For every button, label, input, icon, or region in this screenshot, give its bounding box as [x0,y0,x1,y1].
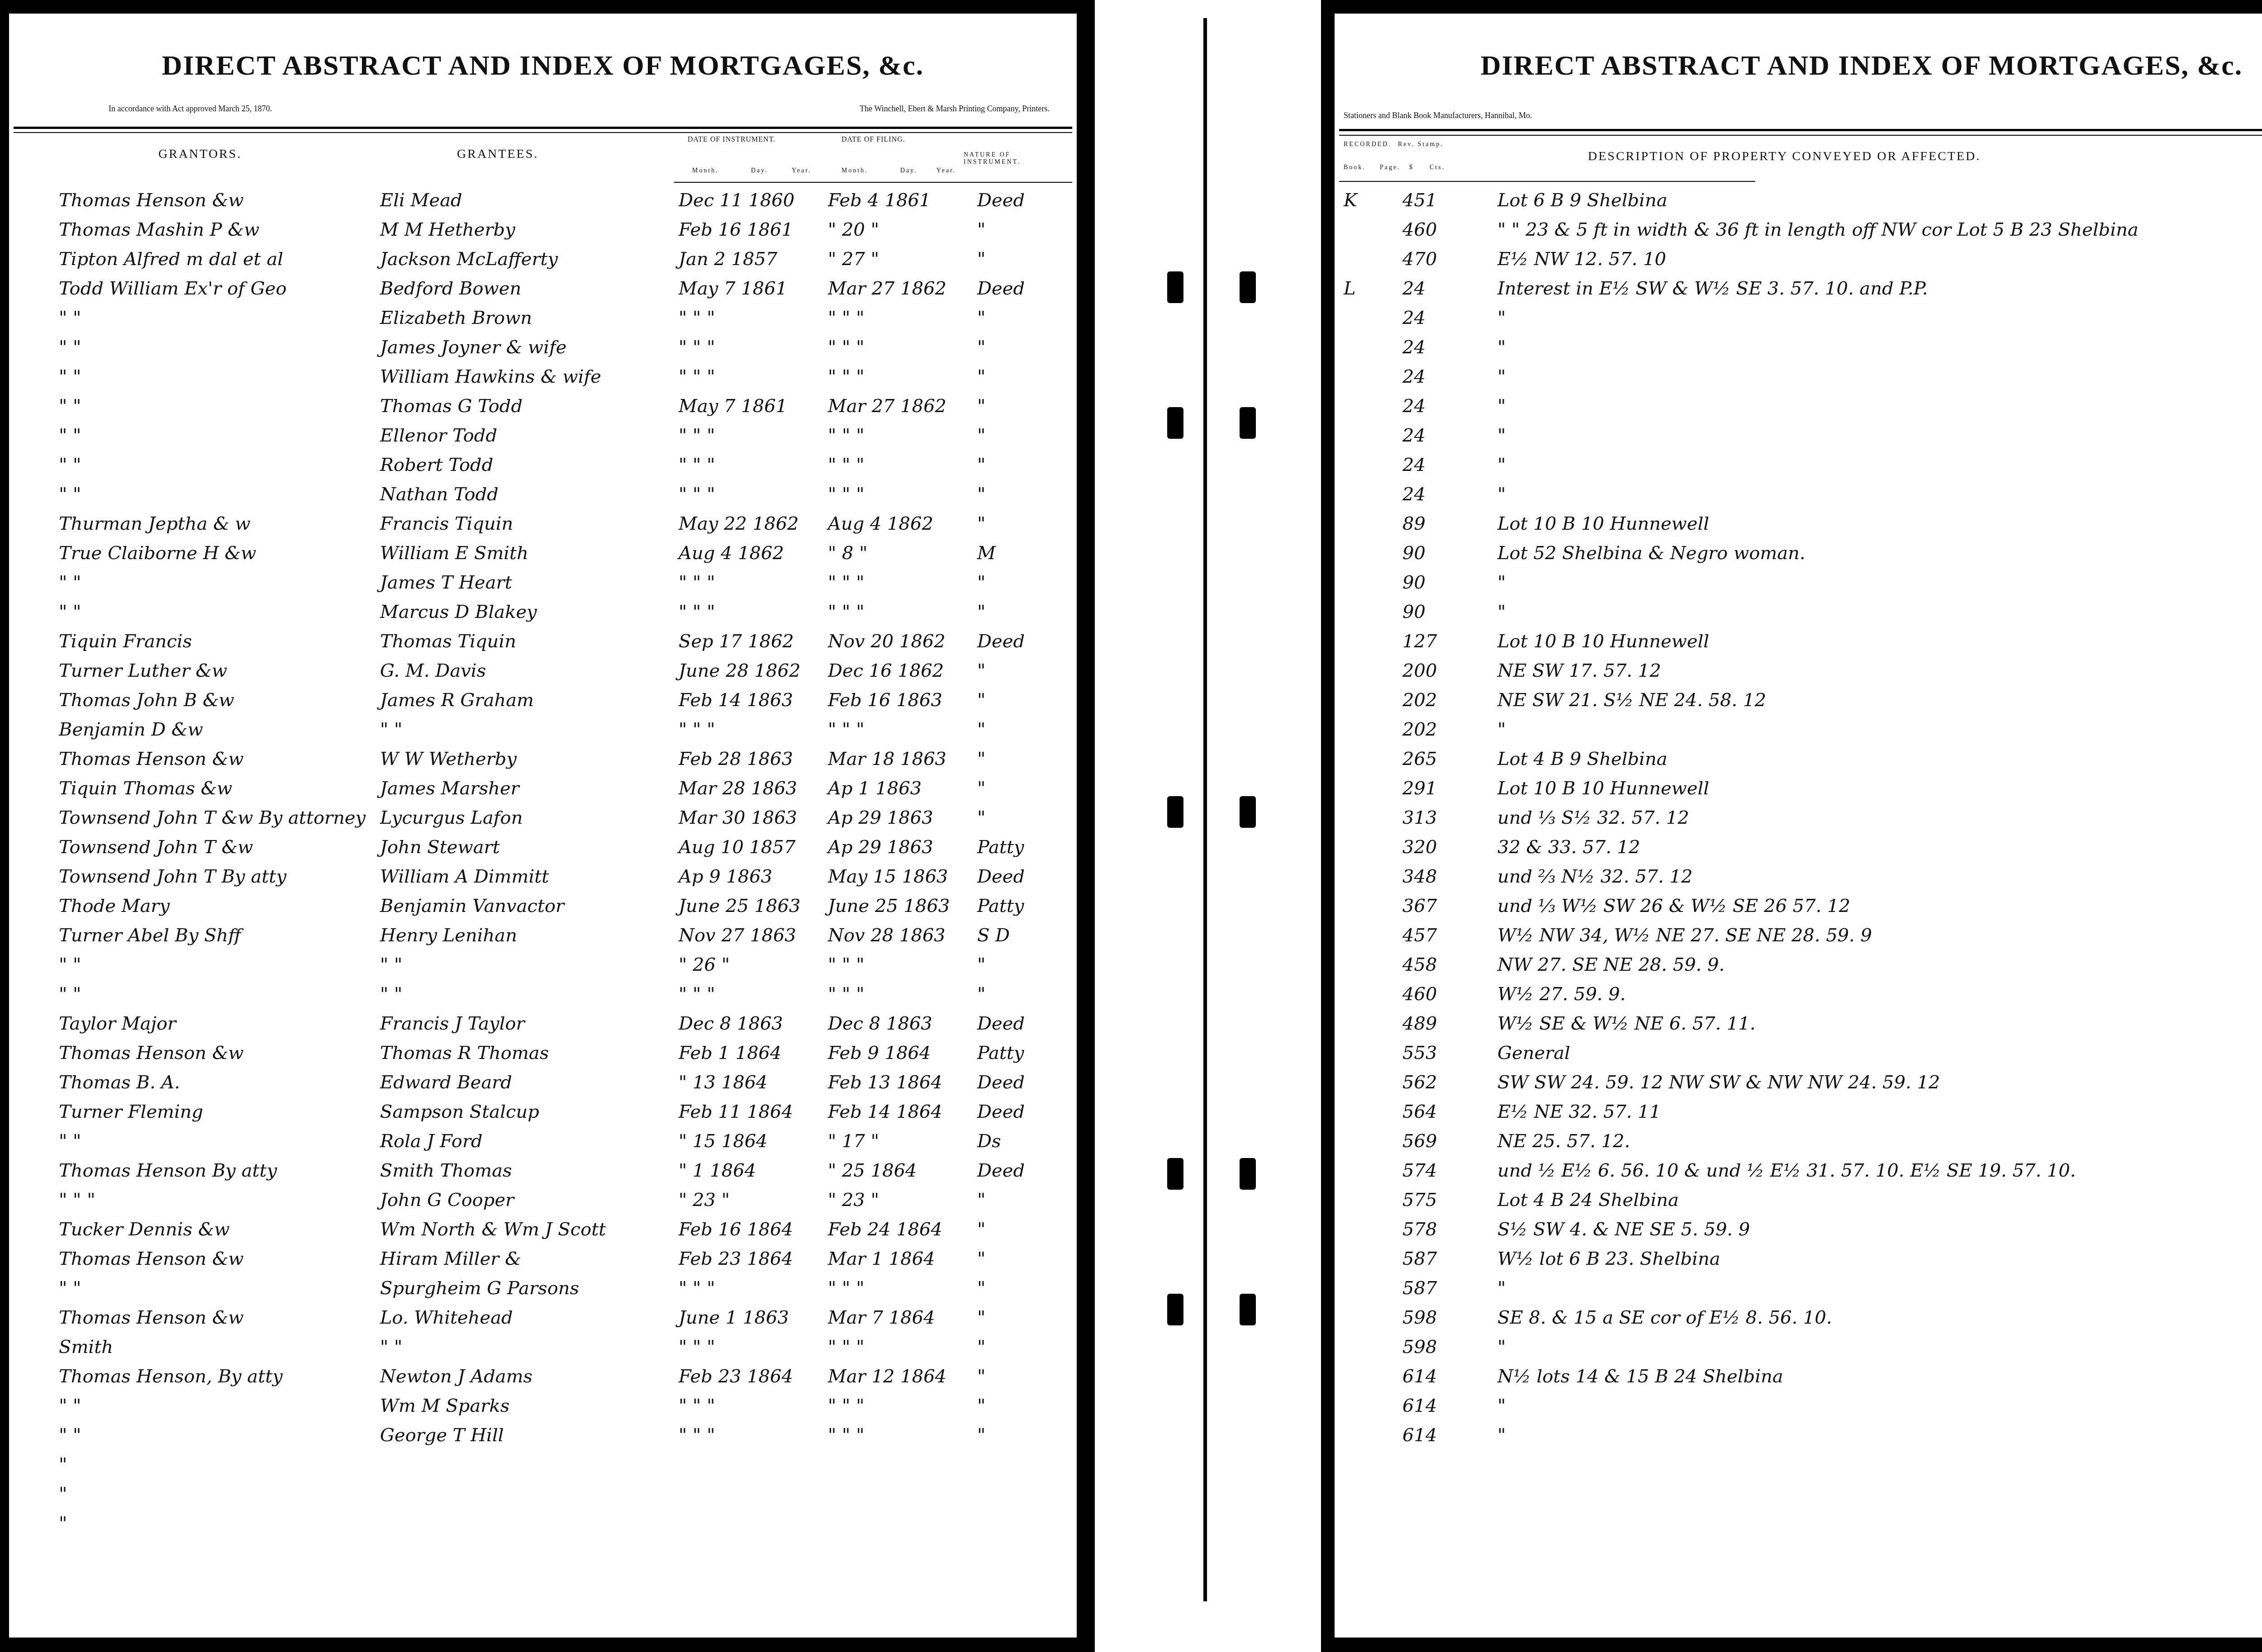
nature-of-instrument: " [977,1366,985,1387]
page-cell: 265 [1402,749,1437,769]
grantee-cell: James Marsher [380,778,670,799]
table-row: 574und ½ E½ 6. 56. 10 & und ½ E½ 31. 57.… [1335,1160,2262,1187]
binding-hole [1240,271,1256,303]
right-ledger-page: DIRECT ABSTRACT AND INDEX OF MORTGAGES, … [1335,14,2262,1638]
instrument-date: May 22 1862 [679,513,828,534]
filing-date: " 25 1864 [828,1160,977,1181]
dates-cell: " " "" " "" [679,1337,1077,1358]
page-cell: 24 [1402,308,1426,328]
page-cell: 562 [1402,1072,1437,1093]
nature-of-instrument: " [977,1337,985,1358]
description-cell: Lot 10 B 10 Hunnewell [1497,631,1709,652]
nature-of-instrument: " [977,308,985,328]
dates-cell: Feb 23 1864Mar 1 1864" [679,1248,1077,1269]
page-cell: 553 [1402,1043,1437,1063]
page-cell: 614 [1402,1366,1437,1387]
table-row: Turner Abel By ShffHenry LenihanNov 27 1… [9,925,1077,952]
description-cell: " " 23 & 5 ft in width & 36 ft in length… [1497,219,2138,240]
day-header: Day. [900,167,917,175]
grantor-cell: Turner Abel By Shff [59,925,362,946]
page-cell: 24 [1402,396,1426,417]
instrument-date: May 7 1861 [679,396,828,417]
filing-date: Nov 20 1862 [828,631,977,652]
filing-date: " 23 " [828,1190,977,1211]
table-row: Thomas B. A.Edward Beard" 13 1864Feb 13 … [9,1072,1077,1099]
dates-cell: May 22 1862Aug 4 1862" [679,513,1077,534]
instrument-date: June 1 1863 [679,1307,828,1328]
book-gutter [1095,0,1321,1652]
description-cell: SE 8. & 15 a SE cor of E½ 8. 56. 10. [1497,1307,1832,1328]
grantor-cell: Townsend John T &w [59,837,362,858]
page-cell: 24 [1402,366,1426,387]
description-cell: E½ NW 12. 57. 10 [1497,249,1666,270]
table-row: 24" [1335,308,2262,335]
grantor-cell: " " [59,572,362,593]
table-row: 90Lot 52 Shelbina & Negro woman. [1335,543,2262,570]
table-row: 24" [1335,425,2262,452]
nature-of-instrument: " [977,366,985,387]
table-row: " "Elizabeth Brown" " "" " "" [9,308,1077,335]
grantor-cell: " " [59,366,362,387]
table-row: " "James T Heart" " "" " "" [9,572,1077,599]
binding-hole [1167,1158,1183,1190]
table-row: " "Marcus D Blakey" " "" " "" [9,602,1077,629]
page-header: Page. [1380,164,1401,171]
grantor-cell: " " [59,984,362,1005]
table-row: Todd William Ex'r of GeoBedford BowenMay… [9,278,1077,305]
description-cell: Lot 52 Shelbina & Negro woman. [1497,543,1806,564]
grantee-cell: Wm M Sparks [380,1396,670,1416]
description-cell: W½ NW 34, W½ NE 27. SE NE 28. 59. 9 [1497,925,1872,946]
table-row: 24" [1335,337,2262,364]
description-cell: W½ 27. 59. 9. [1497,984,1625,1005]
grantor-cell: Tipton Alfred m dal et al [59,249,362,270]
dollars-header: $ [1409,164,1414,171]
cents-header: Cts. [1430,164,1445,171]
grantor-cell: " " [59,1278,362,1299]
instrument-date: Dec 11 1860 [679,190,828,211]
description-cell: und ⅔ N½ 32. 57. 12 [1497,866,1692,887]
nature-of-instrument: Patty [977,1043,1024,1063]
dates-cell: " 13 1864Feb 13 1864Deed [679,1072,1077,1093]
instrument-date: Feb 23 1864 [679,1248,828,1269]
description-cell: SW SW 24. 59. 12 NW SW & NW NW 24. 59. 1… [1497,1072,1940,1093]
page-cell: 569 [1402,1131,1437,1152]
nature-of-instrument: " [977,1248,985,1269]
page-cell: 470 [1402,249,1437,270]
description-cell: " [1497,425,1506,446]
description-cell: Lot 6 B 9 Shelbina [1497,190,1668,211]
nature-of-instrument: " [977,455,985,475]
description-cell: und ½ E½ 6. 56. 10 & und ½ E½ 31. 57. 10… [1497,1160,2076,1181]
grantee-cell: " " [380,984,670,1005]
dates-cell: May 7 1861Mar 27 1862" [679,396,1077,417]
table-row: 24" [1335,455,2262,482]
grantor-cell: " [59,1484,362,1505]
table-row: 367und ⅓ W½ SW 26 & W½ SE 26 57. 12 [1335,896,2262,923]
grantee-cell: Wm North & Wm J Scott [380,1219,670,1240]
table-row: 562SW SW 24. 59. 12 NW SW & NW NW 24. 59… [1335,1072,2262,1099]
filing-date: " 27 " [828,249,977,270]
date-instrument-header: DATE OF INSTRUMENT. [688,136,775,144]
table-row: " "Rola J Ford" 15 1864" 17 "Ds [9,1131,1077,1158]
header-rule [14,132,1072,133]
dates-cell: Dec 11 1860Feb 4 1861Deed [679,190,1077,211]
filing-date: Nov 28 1863 [828,925,977,946]
grantor-cell: Smith [59,1337,362,1358]
grantor-cell: Thurman Jeptha & w [59,513,362,534]
binding-hole [1240,796,1256,828]
table-row: " "Thomas G ToddMay 7 1861Mar 27 1862" [9,396,1077,423]
table-row: 24" [1335,484,2262,511]
dates-cell: " " "" " "" [679,308,1077,328]
binding-hole [1167,1294,1183,1325]
grantee-cell: William A Dimmitt [380,866,670,887]
filing-date: Feb 24 1864 [828,1219,977,1240]
grantee-cell: Bedford Bowen [380,278,670,299]
page-cell: 458 [1402,954,1437,975]
grantor-cell: Turner Luther &w [59,660,362,681]
filing-date: June 25 1863 [828,896,977,916]
dates-cell [679,1484,1077,1505]
table-row: Turner Luther &wG. M. DavisJune 28 1862D… [9,660,1077,688]
dates-cell: Aug 10 1857Ap 29 1863Patty [679,837,1077,858]
grantor-cell: " " [59,1131,362,1152]
instrument-date: " 1 1864 [679,1160,828,1181]
grantee-cell: Jackson McLafferty [380,249,670,270]
nature-of-instrument: " [977,513,985,534]
nature-of-instrument: " [977,807,985,828]
grantor-cell: " " [59,308,362,328]
page-cell: 291 [1402,778,1437,799]
dates-cell: June 25 1863June 25 1863Patty [679,896,1077,916]
page-cell: 598 [1402,1307,1437,1328]
page-cell: 202 [1402,690,1437,711]
instrument-date: " " " [679,1396,828,1416]
grantee-cell: James Joyner & wife [380,337,670,358]
table-row: " [9,1484,1077,1511]
filing-date: " " " [828,1278,977,1299]
grantee-cell: George T Hill [380,1425,670,1446]
grantor-cell: Thomas Henson &w [59,749,362,769]
filing-date: " " " [828,1396,977,1416]
dates-cell: Feb 14 1863Feb 16 1863" [679,690,1077,711]
description-cell: Lot 4 B 9 Shelbina [1497,749,1668,769]
filing-date: Mar 1 1864 [828,1248,977,1269]
instrument-date: " " " [679,455,828,475]
grantee-cell: James T Heart [380,572,670,593]
nature-of-instrument: " [977,337,985,358]
instrument-date: Feb 28 1863 [679,749,828,769]
description-cell: " [1497,1337,1506,1358]
filing-date: " " " [828,425,977,446]
filing-date: Mar 18 1863 [828,749,977,769]
dates-cell: " 15 1864" 17 "Ds [679,1131,1077,1152]
table-row: Thomas Mashin P &wM M HetherbyFeb 16 186… [9,219,1077,247]
instrument-date: Feb 14 1863 [679,690,828,711]
table-row: 90" [1335,572,2262,599]
nature-of-instrument: Deed [977,1013,1025,1034]
grantor-cell: Thomas Henson, By atty [59,1366,362,1387]
page-title: DIRECT ABSTRACT AND INDEX OF MORTGAGES, … [9,50,1077,82]
table-row: 313und ⅓ S½ 32. 57. 12 [1335,807,2262,835]
page-cell: 489 [1402,1013,1437,1034]
table-row: 578S½ SW 4. & NE SE 5. 59. 9 [1335,1219,2262,1246]
table-row: Thomas Henson &wLo. WhiteheadJune 1 1863… [9,1307,1077,1334]
instrument-date: " 15 1864 [679,1131,828,1152]
instrument-date: Ap 9 1863 [679,866,828,887]
grantor-cell: " [59,1454,362,1475]
filing-date: May 15 1863 [828,866,977,887]
description-cell: " [1497,1396,1506,1416]
instrument-date: " " " [679,984,828,1005]
book-header: Book. [1344,164,1366,171]
header-rule [14,127,1072,129]
nature-of-instrument: " [977,984,985,1005]
table-row: 265Lot 4 B 9 Shelbina [1335,749,2262,776]
table-row: Turner FlemingSampson StalcupFeb 11 1864… [9,1101,1077,1129]
table-row: " "James Joyner & wife" " "" " "" [9,337,1077,364]
year-header: Year. [936,167,956,175]
nature-of-instrument: " [977,749,985,769]
filing-date: Mar 27 1862 [828,278,977,299]
left-ledger-page: DIRECT ABSTRACT AND INDEX OF MORTGAGES, … [9,14,1077,1638]
table-row: " "George T Hill" " "" " "" [9,1425,1077,1452]
page-cell: 90 [1402,543,1426,564]
page-cell: 451 [1402,190,1437,211]
grantor-cell: Thode Mary [59,896,362,916]
grantee-cell: W W Wetherby [380,749,670,769]
instrument-date: Feb 1 1864 [679,1043,828,1063]
table-row: " "Ellenor Todd" " "" " "" [9,425,1077,452]
filing-date: " " " [828,954,977,975]
grantee-cell: " " [380,719,670,740]
dates-cell: Ap 9 1863May 15 1863Deed [679,866,1077,887]
grantee-cell: John Stewart [380,837,670,858]
dates-cell: Sep 17 1862Nov 20 1862Deed [679,631,1077,652]
header-rule [1339,135,2262,136]
page-cell: 367 [1402,896,1437,916]
table-row: Tipton Alfred m dal et alJackson McLaffe… [9,249,1077,276]
instrument-date: Dec 8 1863 [679,1013,828,1034]
description-cell: E½ NE 32. 57. 11 [1497,1101,1661,1122]
page-cell: 460 [1402,219,1437,240]
page-cell: 598 [1402,1337,1437,1358]
page-cell: 24 [1402,337,1426,358]
instrument-date: Aug 4 1862 [679,543,828,564]
imprint-stationers: Stationers and Blank Book Manufacturers,… [1344,111,1532,120]
instrument-date: Aug 10 1857 [679,837,828,858]
description-cell: " [1497,1425,1506,1446]
grantor-cell: Townsend John T By atty [59,866,362,887]
grantee-cell: Edward Beard [380,1072,670,1093]
grantor-cell: " " [59,1425,362,1446]
filing-date: Feb 9 1864 [828,1043,977,1063]
description-cell: Interest in E½ SW & W½ SE 3. 57. 10. and… [1497,278,1928,299]
filing-date: " " " [828,337,977,358]
grantee-cell: Newton J Adams [380,1366,670,1387]
page-cell: 460 [1402,984,1437,1005]
page-cell: 320 [1402,837,1437,858]
description-cell: S½ SW 4. & NE SE 5. 59. 9 [1497,1219,1750,1240]
grantors-header: GRANTORS. [158,147,242,161]
table-row: 460" " 23 & 5 ft in width & 36 ft in len… [1335,219,2262,247]
dates-cell: " 26 "" " "" [679,954,1077,975]
page-cell: 574 [1402,1160,1437,1181]
table-row: 348und ⅔ N½ 32. 57. 12 [1335,866,2262,893]
description-cell: " [1497,484,1506,505]
filing-date: " 17 " [828,1131,977,1152]
instrument-date: " 26 " [679,954,828,975]
filing-date: " " " [828,484,977,505]
nature-of-instrument: Deed [977,1160,1025,1181]
binding-hole [1240,1294,1256,1325]
grantee-cell: Smith Thomas [380,1160,670,1181]
page-cell: 587 [1402,1278,1437,1299]
grantor-cell: Townsend John T &w By attorney [59,807,362,828]
grantee-cell: Thomas Tiquin [380,631,670,652]
dates-cell: " " "" " "" [679,602,1077,622]
filing-date: " " " [828,719,977,740]
instrument-date: June 25 1863 [679,896,828,916]
nature-of-instrument: Patty [977,896,1024,916]
date-filing-header: DATE OF FILING. [841,136,905,144]
instrument-date: " " " [679,1337,828,1358]
nature-of-instrument: " [977,396,985,417]
filing-date: " " " [828,455,977,475]
gutter-fold [1203,18,1207,1601]
table-row: L24Interest in E½ SW & W½ SE 3. 57. 10. … [1335,278,2262,305]
nature-of-instrument: Deed [977,631,1025,652]
nature-of-instrument: " [977,1396,985,1416]
page-cell: 614 [1402,1396,1437,1416]
description-cell: und ⅓ W½ SW 26 & W½ SE 26 57. 12 [1497,896,1850,916]
table-row: 460W½ 27. 59. 9. [1335,984,2262,1011]
grantee-cell: Nathan Todd [380,484,670,505]
nature-of-instrument: " [977,1307,985,1328]
description-cell: General [1497,1043,1570,1063]
grantor-cell: " [59,1513,362,1534]
table-row: 569NE 25. 57. 12. [1335,1131,2262,1158]
instrument-date: " " " [679,602,828,622]
grantee-cell: Henry Lenihan [380,925,670,946]
instrument-date: Feb 16 1864 [679,1219,828,1240]
binding-hole [1167,271,1183,303]
dates-cell: Dec 8 1863Dec 8 1863Deed [679,1013,1077,1034]
dates-cell: Feb 16 1864Feb 24 1864" [679,1219,1077,1240]
nature-of-instrument: Deed [977,866,1025,887]
table-row: Townsend John T By attyWilliam A Dimmitt… [9,866,1077,893]
table-row: 614N½ lots 14 & 15 B 24 Shelbina [1335,1366,2262,1393]
instrument-date: " " " [679,719,828,740]
instrument-date: Sep 17 1862 [679,631,828,652]
table-row: Smith" "" " "" " "" [9,1337,1077,1364]
grantor-cell: Tiquin Thomas &w [59,778,362,799]
month-header: Month. [841,167,868,175]
table-row: 202" [1335,719,2262,746]
table-row: " "" "" 26 "" " "" [9,954,1077,982]
table-row: 24" [1335,366,2262,394]
filing-date: " " " [828,308,977,328]
grantor-cell: " " [59,484,362,505]
table-row: 127Lot 10 B 10 Hunnewell [1335,631,2262,658]
filing-date: Feb 4 1861 [828,190,977,211]
description-cell: " [1497,308,1506,328]
description-cell: " [1497,1278,1506,1299]
grantor-cell: Thomas Henson &w [59,190,362,211]
page-cell: 24 [1402,455,1426,475]
grantee-cell: James R Graham [380,690,670,711]
recorded-header: RECORDED. [1344,141,1392,148]
instrument-date: " 23 " [679,1190,828,1211]
grantor-cell: " " [59,954,362,975]
binding-hole [1240,1158,1256,1190]
nature-of-instrument: " [977,484,985,505]
table-row: " "Wm M Sparks" " "" " "" [9,1396,1077,1423]
grantor-cell: Thomas Henson &w [59,1043,362,1063]
instrument-date: " " " [679,484,828,505]
table-row: " [9,1454,1077,1481]
description-cell: NE 25. 57. 12. [1497,1131,1630,1152]
grantor-cell: " " [59,337,362,358]
table-row: Townsend John T &wJohn StewartAug 10 185… [9,837,1077,864]
description-cell: Lot 4 B 24 Shelbina [1497,1190,1679,1211]
grantor-cell: " " " [59,1190,362,1211]
description-header: DESCRIPTION OF PROPERTY CONVEYED OR AFFE… [1588,149,1981,164]
grantor-cell: " " [59,425,362,446]
table-row: 458NW 27. SE NE 28. 59. 9. [1335,954,2262,982]
nature-of-instrument: M [977,543,996,564]
grantor-cell: " " [59,396,362,417]
page-cell: 578 [1402,1219,1437,1240]
table-row: K451Lot 6 B 9 Shelbina [1335,190,2262,217]
dates-cell: May 7 1861Mar 27 1862Deed [679,278,1077,299]
table-row: 614" [1335,1425,2262,1452]
filing-date: " " " [828,1425,977,1446]
dates-cell: " " "" " "" [679,484,1077,505]
filing-date: Feb 16 1863 [828,690,977,711]
dates-cell: Feb 16 1861" 20 "" [679,219,1077,240]
description-cell: " [1497,396,1506,417]
nature-of-instrument: " [977,690,985,711]
table-row: " "Nathan Todd" " "" " "" [9,484,1077,511]
grantor-cell: Thomas B. A. [59,1072,362,1093]
nature-of-instrument: " [977,719,985,740]
dates-cell: " 1 1864" 25 1864Deed [679,1160,1077,1181]
instrument-date: Feb 23 1864 [679,1366,828,1387]
book-cell: K [1344,190,1357,211]
table-row: Thomas John B &wJames R GrahamFeb 14 186… [9,690,1077,717]
table-row: Tiquin FrancisThomas TiquinSep 17 1862No… [9,631,1077,658]
grantor-cell: Thomas Mashin P &w [59,219,362,240]
table-row: 587" [1335,1278,2262,1305]
description-cell: Lot 10 B 10 Hunnewell [1497,778,1709,799]
table-row: Thomas Henson By attySmith Thomas" 1 186… [9,1160,1077,1187]
nature-of-instrument: Deed [977,1101,1025,1122]
grantee-cell: John G Cooper [380,1190,670,1211]
grantee-cell: Francis J Taylor [380,1013,670,1034]
table-row: " [9,1513,1077,1540]
table-row: 598" [1335,1337,2262,1364]
table-row: Thomas Henson &wW W WetherbyFeb 28 1863M… [9,749,1077,776]
instrument-date: " " " [679,572,828,593]
grantor-cell: True Claiborne H &w [59,543,362,564]
dates-cell [679,1454,1077,1475]
nature-of-instrument: " [977,249,985,270]
nature-of-instrument: S D [977,925,1010,946]
dates-cell [679,1513,1077,1534]
page-cell: 24 [1402,425,1426,446]
